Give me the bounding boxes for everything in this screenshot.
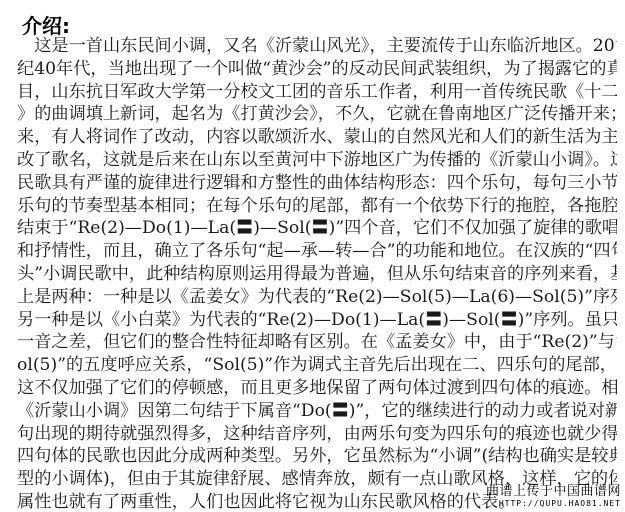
paragraph-line: 另一种是以《小白菜》为代表的“Re(2)—Do(1)—La(〓)—Sol(〓)”… (17, 309, 617, 332)
watermark: 曲谱上传于中国曲谱网 HTTP://QUPU.HAO81.NET (486, 484, 621, 509)
paragraph-line: 上是两种：一种是以《孟姜女》为代表的“Re(2)—Sol(5)—La(6)—So… (17, 286, 617, 309)
paragraph-line: ol(5)”的五度呼应关系，“Sol(5)”作为调式主音先后出现在二、四乐句的尾… (17, 354, 617, 377)
watermark-title: 曲谱上传于中国曲谱网 (486, 484, 621, 499)
paragraph-line: 四句体的民歌也因此分成两种类型。另外，它虽然标为“小调”(结构也确实是较典 (17, 445, 617, 468)
paragraph-line: 这不仅加强了它们的停顿感，而且更多地保留了两句体过渡到四句体的痕迹。相反， (17, 377, 617, 400)
paragraph-line: 民歌具有严谨的旋律进行逻辑和方整性的曲体结构形态：四个乐句，每句三小节，各 (17, 172, 617, 195)
paragraph-line: 改了歌名，这就是后来在山东以至黄河中下游地区广为传播的《沂蒙山小调》。这首 (17, 149, 617, 172)
paragraph-line: 》的曲调填上新词，起名为《打黄沙会》，不久，它就在鲁南地区广泛传播开来；后 (17, 103, 617, 126)
paragraph-line: 结束于“Re(2)—Do(1)—La(〓)—Sol(〓)”四个音，它们不仅加强了… (17, 217, 617, 240)
paragraph-line: 一音之差，但它们的整合性特征却略有区别。在《孟姜女》中，由于“Re(2)”与“S (17, 331, 617, 354)
paragraph-line: 和抒情性，而且，确立了各乐句“起—承—转—合”的功能和地位。在汉族的“四句 (17, 240, 617, 263)
paragraph-line: 乐句的节奏型基本相同；在每个乐句的尾部，都有一个依势下行的拖腔，各拖腔分别 (17, 195, 617, 218)
paragraph-line: 头”小调民歌中，此种结构原则运用得最为普遍，但从乐句结束音的序列来看，基本 (17, 263, 617, 286)
introduction-paragraph: 这是一首山东民间小调，又名《沂蒙山风光》，主要流传于山东临沂地区。20世 纪40… (17, 35, 617, 512)
paragraph-line: 这是一首山东民间小调，又名《沂蒙山风光》，主要流传于山东临沂地区。20世 (17, 35, 617, 58)
paragraph-line: 纪40年代，当地出现了一个叫做“黄沙会”的反动民间武装组织，为了揭露它的真面 (17, 58, 617, 81)
paragraph-line: 来，有人将词作了改动，内容以歌颂沂水、蒙山的自然风光和人们的新生活为主，并 (17, 126, 617, 149)
watermark-url: HTTP://QUPU.HAO81.NET (486, 499, 621, 509)
paragraph-line: 目，山东抗日军政大学第一分校文工团的音乐工作者，利用一首传统民歌《十二月调 (17, 81, 617, 104)
paragraph-line: 《沂蒙山小调》因第二句结于下属音“Do(〓)”，它的继续进行的动力或者说对新乐 (17, 400, 617, 423)
paragraph-line: 句出现的期待就强烈得多，这种结音序列，由两乐句变为四乐句的痕迹也就少得多， (17, 423, 617, 446)
